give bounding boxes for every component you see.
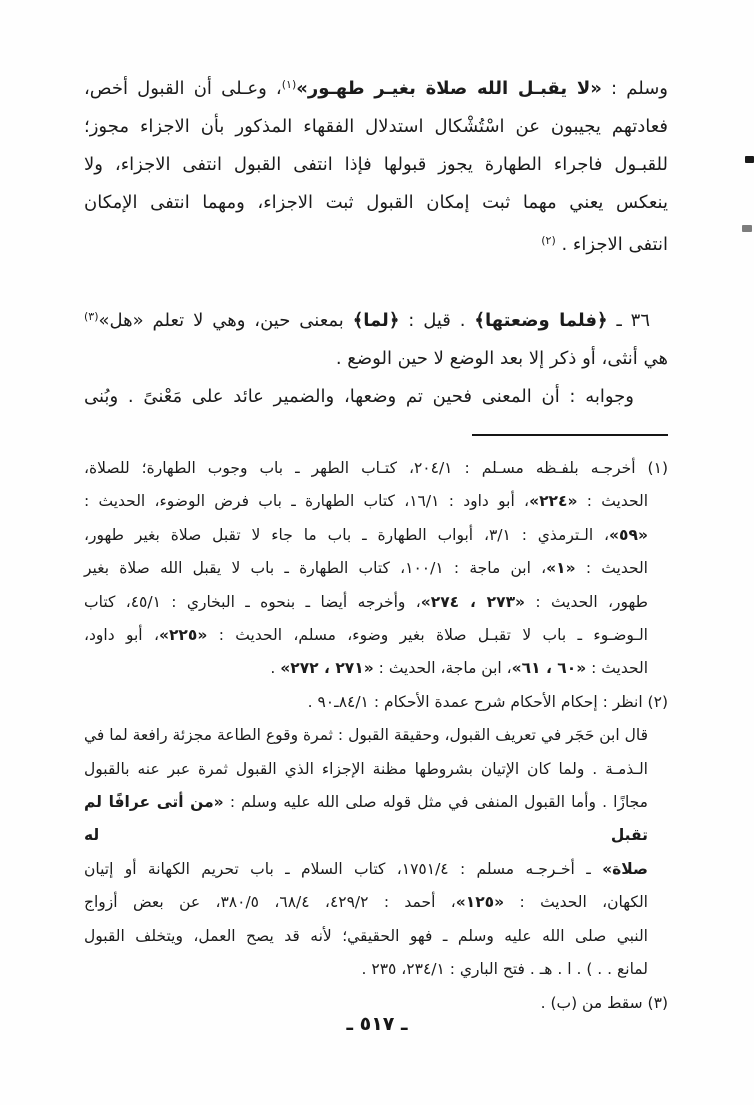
text-line: الـذمـة . ولما كان الإتيان بشروطها مظنة …: [84, 753, 668, 786]
text-segment: «٥٩»: [609, 526, 648, 544]
text-segment: مجازًا . وأما القبول المنفى في مثل قوله …: [224, 793, 648, 811]
text-segment: فعادتهم يجيبون عن اسْتُشْكال استدلال الف…: [84, 116, 668, 137]
text-segment: وجوابه : أن المعنى فحين تم وضعها، والضمي…: [84, 386, 634, 407]
book-page: وسلم : «لا يقبـل الله صلاة بغيـر طهـور»(…: [0, 0, 754, 1105]
text-line: الحديث : «٢٢٤»، أبو داود : ١٦/١، كتاب ال…: [84, 485, 668, 518]
section-36-paragraph: ٣٦ ـ ﴿فلما وضعتها﴾ . قيل : ﴿لما﴾ بمعنى ح…: [84, 298, 668, 416]
text-segment: ـ أخـرجـه مسلم : ١٧٥١/٤، كتاب السلام ـ ب…: [84, 860, 602, 878]
text-segment: الحديث :: [586, 659, 648, 677]
text-segment: ، أبو داود،: [84, 626, 159, 644]
footnote-marker: (١): [282, 78, 297, 91]
text-line: ينعكس يعني مهما ثبت إمكان القبول ثبت الا…: [84, 184, 668, 222]
main-text: وسلم : «لا يقبـل الله صلاة بغيـر طهـور»(…: [84, 66, 668, 416]
text-segment: . قيل :: [399, 310, 474, 331]
text-segment: للقبـول فاجراء الطهارة يجوز قبولها فإذا …: [84, 154, 668, 175]
text-line: مجازًا . وأما القبول المنفى في مثل قوله …: [84, 786, 668, 853]
text-segment: ، وأخرجه أيضا ـ بنحوه ـ البخاري : ٤٥/١، …: [84, 593, 421, 611]
text-segment: ، أبو داود : ١٦/١، كتاب الطهارة ـ باب فر…: [84, 492, 529, 510]
text-segment: ينعكس يعني مهما ثبت إمكان القبول ثبت الا…: [84, 192, 668, 213]
text-line: الكهان، الحديث : «١٢٥»، أحمد : ٤٢٩/٢، ٦٨…: [84, 886, 668, 919]
text-line: (١) أخرجـه بلفـظه مسـلم : ٢٠٤/١، كتـاب ا…: [84, 452, 668, 485]
text-segment: ٣٦ ـ: [608, 310, 650, 331]
text-segment: الكهان، الحديث :: [504, 893, 648, 911]
text-segment: ، ابن ماجة، الحديث :: [374, 659, 512, 677]
text-segment: «١»: [546, 559, 576, 577]
text-segment: ، أحمد : ٤٢٩/٢، ٦٨/٤، ٣٨٠/٥، عن بعض أزوا…: [84, 893, 456, 911]
text-segment: هي أنثى، أو ذكر إلا بعد الوضع لا حين الو…: [336, 348, 668, 369]
text-line: قال ابن حَجَر في تعريف القبول، وحقيقة ال…: [84, 719, 668, 752]
text-line: «٥٩»، الـترمذي : ٣/١، أبواب الطهارة ـ با…: [84, 519, 668, 552]
footnote-marker: (٢): [541, 234, 556, 247]
footnote-marker: (٣): [84, 310, 99, 323]
text-segment: (١) أخرجـه بلفـظه مسـلم : ٢٠٤/١، كتـاب ا…: [84, 459, 668, 477]
text-segment: ، الـترمذي : ٣/١، أبواب الطهارة ـ باب ما…: [84, 526, 609, 544]
text-segment: «٢٢٥»: [159, 626, 207, 644]
scan-mark: [745, 156, 754, 163]
footnote-separator: [472, 434, 668, 436]
text-segment: النبي صلى الله عليه وسلم ـ فهو الحقيقي؛ …: [84, 927, 648, 945]
text-line: النبي صلى الله عليه وسلم ـ فهو الحقيقي؛ …: [84, 920, 668, 953]
text-line: لمانع . . ) . ا . هـ . فتح الباري : ٢٣٤/…: [84, 953, 668, 986]
text-segment: «٢٧١ ، ٢٧٢»: [280, 659, 374, 677]
text-line: انتفى الاجزاء . (٢): [84, 222, 668, 264]
text-line: ٣٦ ـ ﴿فلما وضعتها﴾ . قيل : ﴿لما﴾ بمعنى ح…: [84, 298, 668, 340]
text-line: الـوضـوء ـ باب لا تقبـل صلاة بغير وضوء، …: [84, 619, 668, 652]
paragraph-continuation: وسلم : «لا يقبـل الله صلاة بغيـر طهـور»(…: [84, 66, 668, 264]
text-line: الحديث : «٦٠ ، ٦١»، ابن ماجة، الحديث : «…: [84, 652, 668, 685]
text-segment: «٦٠ ، ٦١»: [512, 659, 587, 677]
text-segment: .: [270, 659, 280, 677]
text-segment: الـذمـة . ولما كان الإتيان بشروطها مظنة …: [84, 760, 648, 778]
text-line: (٢) انظر : إحكام الأحكام شرح عمدة الأحكا…: [84, 686, 668, 719]
text-line: فعادتهم يجيبون عن اسْتُشْكال استدلال الف…: [84, 108, 668, 146]
text-segment: صلاة»: [602, 860, 648, 878]
text-segment: «٢٢٤»: [529, 492, 577, 510]
text-segment: ﴿فلما وضعتها﴾: [474, 310, 607, 331]
text-segment: ، وعـلى أن القبول أخص،: [84, 78, 282, 99]
text-line: الحديث : «١»، ابن ماجة : ١٠٠/١، كتاب الط…: [84, 552, 668, 585]
text-segment: بمعنى حين، وهي لا تعلم «هل»: [99, 310, 353, 331]
text-line: صلاة» ـ أخـرجـه مسلم : ١٧٥١/٤، كتاب السل…: [84, 853, 668, 886]
text-segment: الحديث :: [576, 559, 648, 577]
text-segment: الـوضـوء ـ باب لا تقبـل صلاة بغير وضوء، …: [207, 626, 648, 644]
text-segment: «١٢٥»: [456, 893, 504, 911]
text-segment: «٢٧٣ ، ٢٧٤»: [421, 593, 525, 611]
scan-mark: [742, 225, 752, 232]
text-segment: ، ابن ماجة : ١٠٠/١، كتاب الطهارة ـ باب ل…: [84, 559, 546, 577]
text-segment: «لا يقبـل الله صلاة بغيـر طهـور»: [296, 78, 602, 99]
text-line: وسلم : «لا يقبـل الله صلاة بغيـر طهـور»(…: [84, 66, 668, 108]
text-line: هي أنثى، أو ذكر إلا بعد الوضع لا حين الو…: [84, 340, 668, 378]
text-segment: قال ابن حَجَر في تعريف القبول، وحقيقة ال…: [84, 726, 648, 744]
text-line: للقبـول فاجراء الطهارة يجوز قبولها فإذا …: [84, 146, 668, 184]
text-segment: (٢) انظر : إحكام الأحكام شرح عمدة الأحكا…: [308, 693, 668, 711]
text-segment: انتفى الاجزاء .: [556, 234, 668, 255]
text-line: طهور، الحديث : «٢٧٣ ، ٢٧٤»، وأخرجه أيضا …: [84, 586, 668, 619]
text-segment: وسلم :: [602, 78, 668, 99]
text-segment: الحديث :: [577, 492, 648, 510]
text-segment: لمانع . . ) . ا . هـ . فتح الباري : ٢٣٤/…: [362, 960, 648, 978]
text-segment: (٣) سقط من (ب) .: [541, 994, 668, 1012]
page-number: ـ ٥١٧ ـ: [0, 1013, 754, 1035]
text-line: وجوابه : أن المعنى فحين تم وضعها، والضمي…: [84, 378, 668, 416]
text-segment: طهور، الحديث :: [525, 593, 648, 611]
text-segment: ﴿لما﴾: [353, 310, 400, 331]
footnotes-block: (١) أخرجـه بلفـظه مسـلم : ٢٠٤/١، كتـاب ا…: [84, 452, 668, 1020]
